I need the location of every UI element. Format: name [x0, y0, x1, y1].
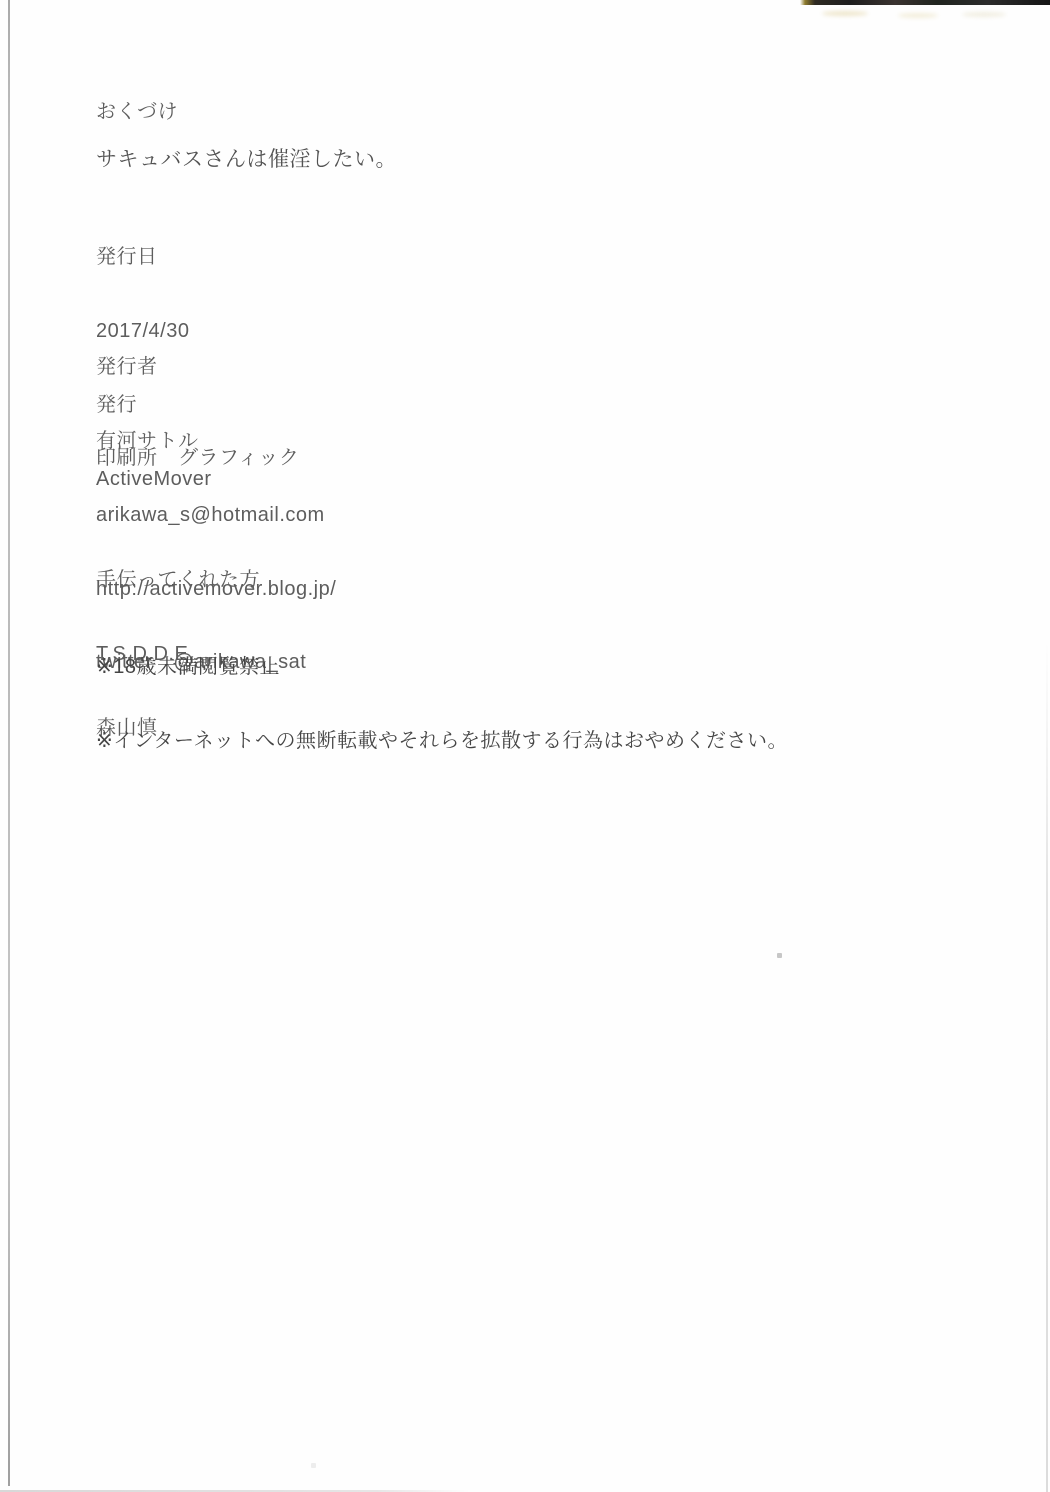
scan-edge-left-line: [8, 0, 10, 1486]
scan-speck: [311, 1463, 316, 1468]
book-title: サキュバスさんは催淫したい。: [96, 148, 397, 173]
notice-no-redistribution: ※インターネットへの無断転載やそれらを拡散する行為はおやめください。: [96, 729, 788, 754]
scan-smudge: [898, 13, 938, 18]
scan-edge-top-line: [800, 0, 1050, 5]
scan-smudge: [822, 11, 868, 16]
scan-smudge: [962, 12, 1006, 17]
helpers-label: 手伝ってくれた方: [96, 568, 260, 593]
notice-age-restriction: ※18歳未満閲覧禁止: [96, 655, 788, 680]
scan-speck: [777, 953, 782, 958]
publication-date-label: 発行日: [96, 245, 212, 270]
scanned-colophon-page: おくづけ サキュバスさんは催淫したい。 発行日 2017/4/30 発行 Act…: [0, 0, 1050, 1492]
printer-info: 印刷所 グラフィック: [96, 446, 299, 471]
notices: ※18歳未満閲覧禁止 ※インターネットへの無断転載やそれらを拡散する行為はおやめ…: [96, 606, 788, 803]
scan-edge-right-line: [1046, 640, 1048, 1492]
author-label: 発行者: [96, 355, 336, 380]
colophon-heading: おくづけ: [96, 100, 178, 125]
